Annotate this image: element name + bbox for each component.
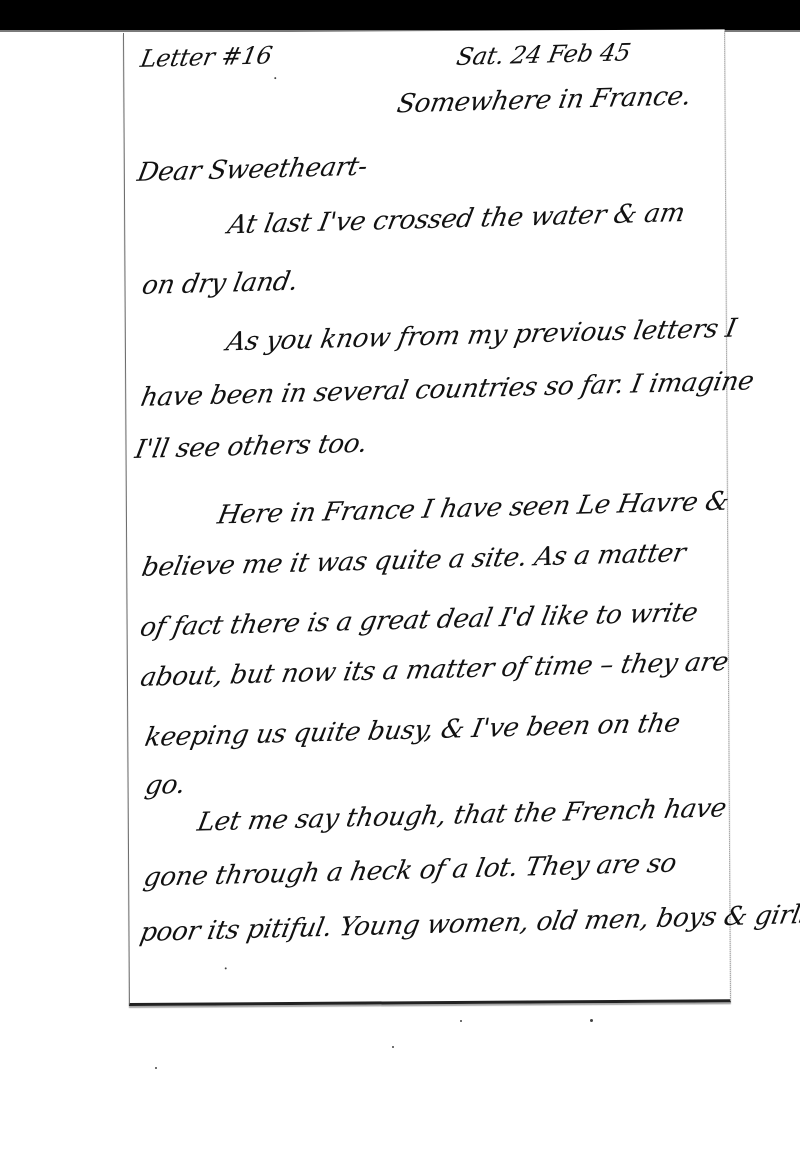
scan-speck: [392, 1046, 394, 1048]
scan-speck: [274, 77, 276, 79]
scan-speck: [590, 1019, 593, 1022]
body-line-12: Let me say though, that the French have: [195, 793, 729, 837]
letter-number: Letter #16: [138, 41, 274, 73]
body-line-9: about, but now its a matter of time – th…: [138, 647, 731, 693]
body-line-10: keeping us quite busy, & I've been on th…: [142, 708, 682, 752]
scan-speck: [460, 1020, 462, 1022]
scan-speck: [225, 967, 227, 969]
body-line-2: on dry land.: [140, 267, 301, 301]
body-line-11: go.: [143, 770, 188, 801]
body-line-6: Here in France I have seen Le Havre &: [215, 487, 731, 531]
body-line-4: have been in several countries so far. I…: [138, 366, 756, 413]
body-line-14: poor its pitiful. Young women, old men, …: [138, 900, 800, 948]
body-line-8: of fact there is a great deal I'd like t…: [138, 598, 700, 643]
body-line-1: At last I've crossed the water & am: [225, 198, 687, 240]
body-line-7: believe me it was quite a site. As a mat…: [139, 538, 688, 583]
body-line-13: gone through a heck of a lot. They are s…: [141, 849, 679, 893]
body-line-5: I'll see others too.: [133, 429, 370, 465]
letter-page: Letter #16 Sat. 24 Feb 45 Somewhere in F…: [123, 29, 731, 1006]
salutation: Dear Sweetheart-: [135, 152, 370, 188]
letter-date: Sat. 24 Feb 45: [454, 38, 633, 71]
scan-top-bar: [0, 0, 800, 32]
scan-speck: [155, 1067, 157, 1069]
letter-location: Somewhere in France.: [395, 81, 694, 119]
body-line-3: As you know from my previous letters I: [224, 314, 739, 358]
